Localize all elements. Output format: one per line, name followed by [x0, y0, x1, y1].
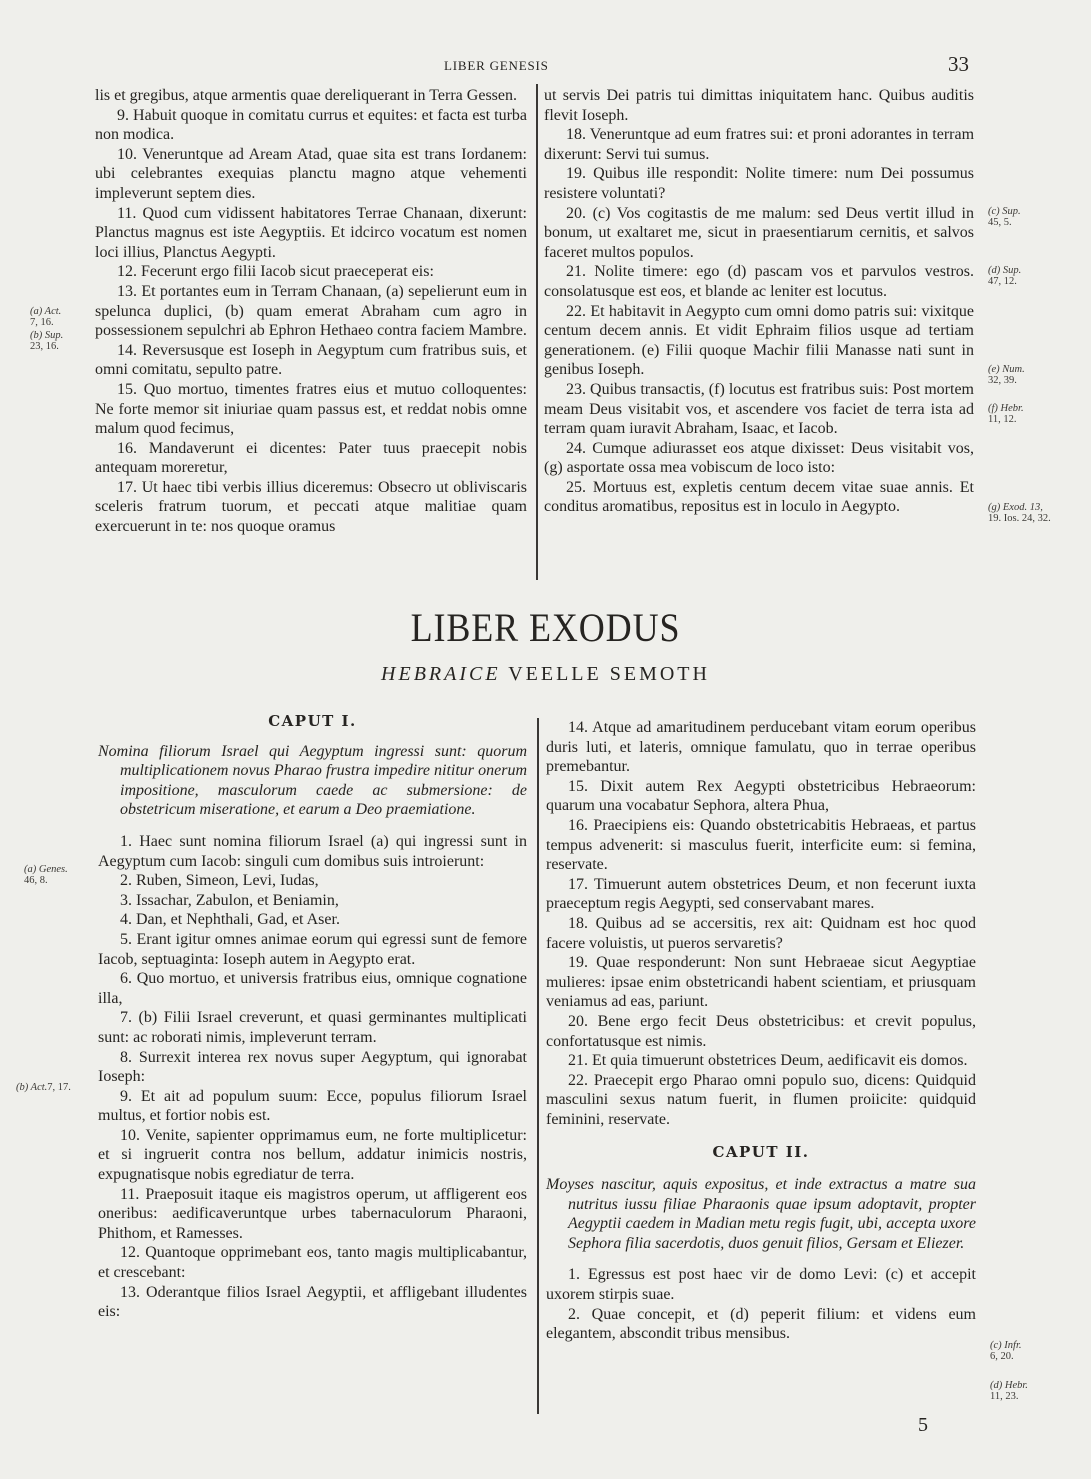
margin-note-ref: 32, 39. — [988, 375, 1025, 386]
margin-note-label: (c) Infr. — [990, 1340, 1022, 1351]
verse: 24. Cumque adiurasset eos atque dixisset… — [544, 439, 974, 478]
verse: 17. Ut haec tibi verbis illius diceremus… — [95, 478, 527, 537]
column-divider — [537, 718, 539, 1414]
genesis-right-column: ut servis Dei patris tui dimittas iniqui… — [544, 86, 974, 517]
verse: 17. Timuerunt autem obstetrices Deum, et… — [546, 875, 976, 914]
margin-note-label: (a) Genes. — [24, 864, 68, 875]
margin-note-label: (g) Exod. 13, — [988, 502, 1068, 513]
running-head: LIBER GENESIS 33 — [0, 56, 1091, 76]
verse: 22. Et habitavit in Aegypto cum omni dom… — [544, 302, 974, 380]
verse: 3. Issachar, Zabulon, et Beniamin, — [98, 891, 527, 911]
verse: 11. Praeposuit itaque eis magistros oper… — [98, 1185, 527, 1244]
margin-note: (b) Sup. 23, 16. — [30, 330, 63, 352]
chapter-heading: CAPUT II. — [546, 1143, 976, 1163]
running-title: LIBER GENESIS — [444, 58, 549, 74]
book-subtitle: HEBRAICE VEELLE SEMOTH — [0, 663, 1091, 686]
margin-note-ref: 7, 17. — [47, 1082, 71, 1093]
verse: 10. Veneruntque ad Aream Atad, quae sita… — [95, 145, 527, 204]
chapter-summary: Nomina filiorum Israel qui Aegyptum ingr… — [98, 742, 527, 820]
verse: lis et gregibus, atque armentis quae der… — [95, 86, 527, 106]
page-number: 33 — [948, 52, 969, 77]
margin-note-label: (b) Act. — [16, 1082, 47, 1093]
book-title: LIBER EXODUS — [55, 604, 1037, 651]
margin-note: (c) Infr. 6, 20. — [990, 1340, 1022, 1362]
margin-note: (g) Exod. 13, 19. Ios. 24, 32. — [988, 502, 1068, 524]
margin-note-ref: 7, 16. — [30, 317, 61, 328]
subtitle-rest: VEELLE SEMOTH — [508, 663, 710, 685]
margin-note-ref: 47, 12. — [988, 276, 1021, 287]
verse: 23. Quibus transactis, (f) locutus est f… — [544, 380, 974, 439]
margin-note: (c) Sup. 45, 5. — [988, 206, 1021, 228]
verse: 18. Quibus ad se accersitis, rex ait: Qu… — [546, 914, 976, 953]
verse: 1. Haec sunt nomina filiorum Israel (a) … — [98, 832, 527, 871]
column-divider — [536, 84, 538, 580]
verse: 13. Et portantes eum in Terram Chanaan, … — [95, 282, 527, 341]
verse: 13. Oderantque filios Israel Aegyptii, e… — [98, 1283, 527, 1322]
margin-note-label: (e) Num. — [988, 364, 1025, 375]
chapter-summary: Moyses nascitur, aquis expositus, et ind… — [546, 1175, 976, 1253]
margin-note-label: (a) Act. — [30, 306, 61, 317]
margin-note: (f) Hebr. 11, 12. — [988, 403, 1024, 425]
verse: 25. Mortuus est, expletis centum decem v… — [544, 478, 974, 517]
verse: 4. Dan, et Nephthali, Gad, et Aser. — [98, 910, 527, 930]
subtitle-italic: HEBRAICE — [381, 663, 501, 685]
verse: 15. Dixit autem Rex Aegypti obstetricibu… — [546, 777, 976, 816]
verse: 16. Praecipiens eis: Quando obstetricabi… — [546, 816, 976, 875]
margin-note-ref: 6, 20. — [990, 1351, 1022, 1362]
verse: 5. Erant igitur omnes animae eorum qui e… — [98, 930, 527, 969]
verse: 1. Egressus est post haec vir de domo Le… — [546, 1265, 976, 1304]
verse: 6. Quo mortuo, et universis fratribus ei… — [98, 969, 527, 1008]
verse: 12. Fecerunt ergo filii Iacob sicut prae… — [95, 262, 527, 282]
verse: 8. Surrexit interea rex novus super Aegy… — [98, 1048, 527, 1087]
verse: 2. Quae concepit, et (d) peperit filium:… — [546, 1305, 976, 1344]
verse: 20. Bene ergo fecit Deus obstetricibus: … — [546, 1012, 976, 1051]
margin-note-ref: 46, 8. — [24, 875, 68, 886]
genesis-left-column: lis et gregibus, atque armentis quae der… — [95, 86, 527, 537]
verse: 9. Habuit quoque in comitatu currus et e… — [95, 106, 527, 145]
margin-note: (b) Act.7, 17. — [16, 1082, 71, 1093]
verse: 10. Venite, sapienter opprimamus eum, ne… — [98, 1126, 527, 1185]
margin-note: (d) Sup. 47, 12. — [988, 265, 1021, 287]
chapter-heading: CAPUT I. — [98, 712, 527, 732]
margin-note-label: (c) Sup. — [988, 206, 1021, 217]
verse: 21. Et quia timuerunt obstetrices Deum, … — [546, 1051, 976, 1071]
margin-note: (a) Genes. 46, 8. — [24, 864, 68, 886]
margin-note-ref: 19. Ios. 24, 32. — [988, 513, 1068, 524]
margin-note: (d) Hebr. 11, 23. — [990, 1380, 1028, 1402]
margin-note-ref: 11, 12. — [988, 414, 1024, 425]
verse: 11. Quod cum vidissent habitatores Terra… — [95, 204, 527, 263]
margin-note-label: (b) Sup. — [30, 330, 63, 341]
verse: 22. Praecepit ergo Pharao omni populo su… — [546, 1071, 976, 1130]
margin-note-label: (f) Hebr. — [988, 403, 1024, 414]
exodus-left-column: CAPUT I. Nomina filiorum Israel qui Aegy… — [98, 712, 527, 1322]
verse: 19. Quibus ille respondit: Nolite timere… — [544, 164, 974, 203]
verse: 21. Nolite timere: ego (d) pascam vos et… — [544, 262, 974, 301]
verse: ut servis Dei patris tui dimittas iniqui… — [544, 86, 974, 125]
margin-note-ref: 45, 5. — [988, 217, 1021, 228]
verse: 12. Quantoque opprimebant eos, tanto mag… — [98, 1243, 527, 1282]
verse: 9. Et ait ad populum suum: Ecce, populus… — [98, 1087, 527, 1126]
exodus-right-column: 14. Atque ad amaritudinem perducebant vi… — [546, 718, 976, 1344]
margin-note-ref: 23, 16. — [30, 341, 63, 352]
verse: 14. Atque ad amaritudinem perducebant vi… — [546, 718, 976, 777]
margin-note-label: (d) Hebr. — [990, 1380, 1028, 1391]
verse: 19. Quae responderunt: Non sunt Hebraeae… — [546, 953, 976, 1012]
verse: 7. (b) Filii Israel creverunt, et quasi … — [98, 1008, 527, 1047]
verse: 15. Quo mortuo, timentes fratres eius et… — [95, 380, 527, 439]
verse: 14. Reversusque est Ioseph in Aegyptum c… — [95, 341, 527, 380]
margin-note: (e) Num. 32, 39. — [988, 364, 1025, 386]
verse: 18. Veneruntque ad eum fratres sui: et p… — [544, 125, 974, 164]
verse: 20. (c) Vos cogitastis de me malum: sed … — [544, 204, 974, 263]
margin-note-label: (d) Sup. — [988, 265, 1021, 276]
signature-mark: 5 — [918, 1414, 928, 1437]
verse: 16. Mandaverunt ei dicentes: Pater tuus … — [95, 439, 527, 478]
verse: 2. Ruben, Simeon, Levi, Iudas, — [98, 871, 527, 891]
margin-note: (a) Act. 7, 16. — [30, 306, 61, 328]
margin-note-ref: 11, 23. — [990, 1391, 1028, 1402]
